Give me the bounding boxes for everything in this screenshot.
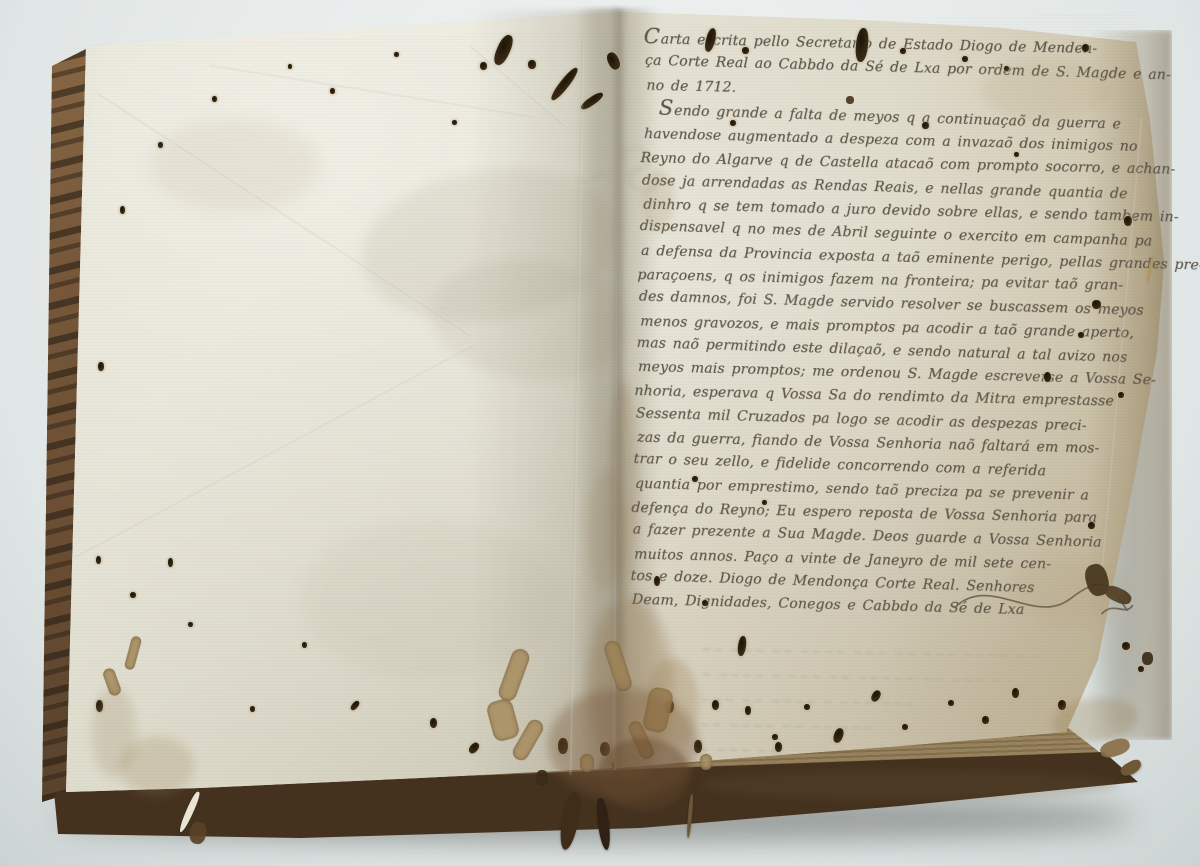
manuscript-text-block: Carta escrita pello Secretario de Estado… [631, 24, 1138, 625]
drop-cap: C [643, 24, 661, 48]
flourish-stroke [956, 579, 1134, 615]
bleedthrough-text-block: ~~ ~~~ ~~ ~~~~ ~~~ ~~ ~~~ ~~~~ ~~~ ~~~~ … [699, 638, 1132, 772]
photo-backdrop: S~ Carta escrita pello Secretario de Est… [0, 0, 1200, 866]
drop-cap: S [658, 95, 674, 119]
signature-flourish [951, 565, 1138, 635]
showthrough-flourish: S~ [298, 129, 682, 391]
